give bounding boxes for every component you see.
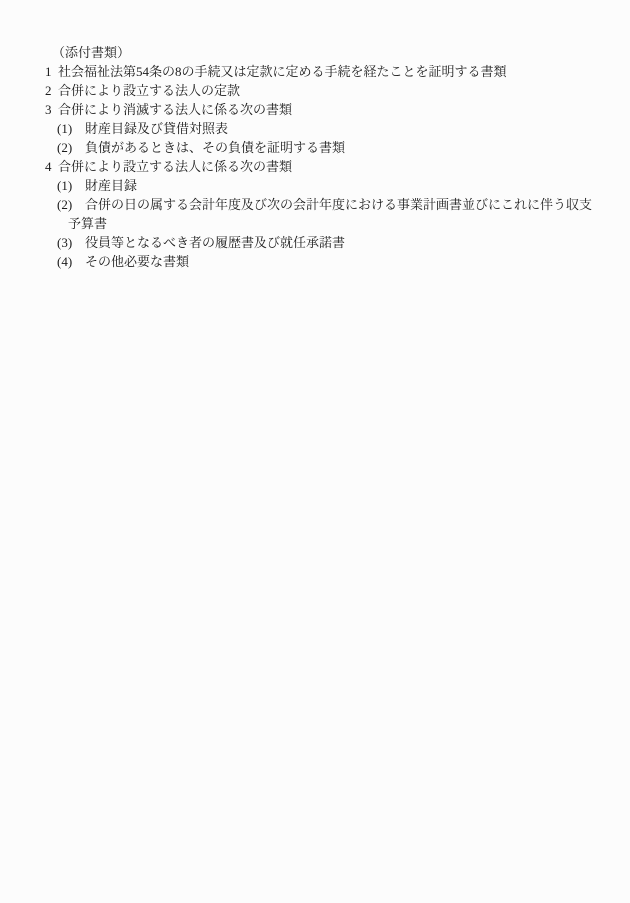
list-item-3: 3合併により消滅する法人に係る次の書類 xyxy=(45,100,630,119)
sub-item-text: 負債があるときは、その負債を証明する書類 xyxy=(85,140,345,155)
sub-item-number: (1) xyxy=(57,176,85,195)
list-item-4-sub-4: (4)その他必要な書類 xyxy=(57,252,630,271)
list-item-number: 4 xyxy=(45,157,58,176)
sub-item-text: その他必要な書類 xyxy=(85,254,189,269)
sub-item-number: (4) xyxy=(57,252,85,271)
list-item-3-sub-1: (1)財産目録及び貸借対照表 xyxy=(57,119,630,138)
list-item-3-sub-2: (2)負債があるときは、その負債を証明する書類 xyxy=(57,138,630,157)
list-item-text: 合併により消滅する法人に係る次の書類 xyxy=(58,102,292,117)
sub-item-number: (2) xyxy=(57,138,85,157)
list-item-number: 2 xyxy=(45,81,58,100)
sub-item-text: 財産目録 xyxy=(85,178,137,193)
sub-item-text: 役員等となるべき者の履歴書及び就任承諾書 xyxy=(85,235,345,250)
sub-item-text: 財産目録及び貸借対照表 xyxy=(85,121,228,136)
list-item-4-sub-3: (3)役員等となるべき者の履歴書及び就任承諾書 xyxy=(57,233,630,252)
sub-item-text: 合併の日の属する会計年度及び次の会計年度における事業計画書並びにこれに伴う収支予… xyxy=(68,197,592,231)
sub-item-number: (2) xyxy=(57,195,85,214)
sub-item-number: (1) xyxy=(57,119,85,138)
list-item-text: 合併により設立する法人の定款 xyxy=(58,83,240,98)
attachment-list: （添付書類） 1社会福祉法第54条の8の手続又は定款に定める手続を経たことを証明… xyxy=(0,0,630,271)
list-item-2: 2合併により設立する法人の定款 xyxy=(45,81,630,100)
list-item-4-sub-2: (2)合併の日の属する会計年度及び次の会計年度における事業計画書並びにこれに伴う… xyxy=(57,195,597,233)
document-page: （添付書類） 1社会福祉法第54条の8の手続又は定款に定める手続を経たことを証明… xyxy=(0,0,630,903)
sub-item-number: (3) xyxy=(57,233,85,252)
list-item-text: 合併により設立する法人に係る次の書類 xyxy=(58,159,292,174)
attachment-heading-text: （添付書類） xyxy=(52,45,130,60)
list-item-1: 1社会福祉法第54条の8の手続又は定款に定める手続を経たことを証明する書類 xyxy=(45,62,630,81)
list-item-4-sub-1: (1)財産目録 xyxy=(57,176,630,195)
attachment-heading: （添付書類） xyxy=(52,43,630,62)
list-item-text: 社会福祉法第54条の8の手続又は定款に定める手続を経たことを証明する書類 xyxy=(58,64,507,79)
list-item-number: 3 xyxy=(45,100,58,119)
list-item-4: 4合併により設立する法人に係る次の書類 xyxy=(45,157,630,176)
list-item-number: 1 xyxy=(45,62,58,81)
